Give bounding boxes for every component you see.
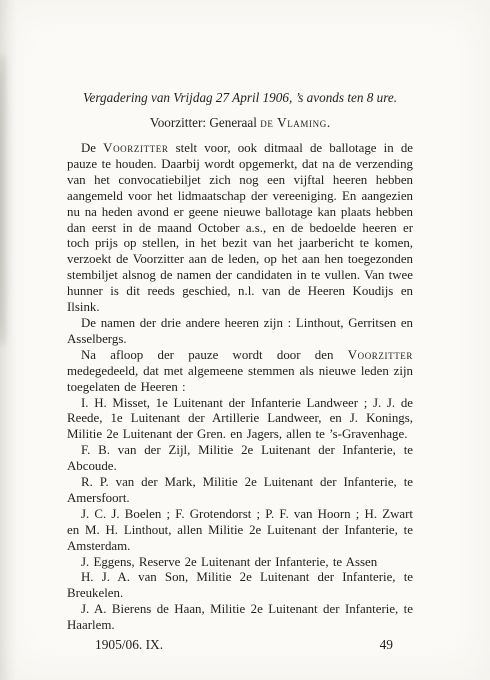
chairman-period: . — [327, 115, 330, 130]
paragraph-other-candidates: De namen der drie andere heeren zijn : L… — [67, 316, 413, 348]
smallcaps-voorzitter: Voorzitter — [103, 141, 168, 155]
chairman-name: de Vlaming — [260, 115, 327, 130]
paragraph-text: Na afloop der pauze wordt door den — [81, 348, 348, 362]
paragraph-members-gravenhage: I. H. Misset, 1e Luitenant der Infanteri… — [67, 396, 413, 444]
paragraph-member-assen: J. Eggens, Reserve 2e Luitenant der Infa… — [67, 555, 413, 571]
meeting-title: Vergadering van Vrijdag 27 April 1906, ’… — [67, 90, 413, 105]
paragraph-text: De — [81, 141, 103, 155]
chairman-label: Voorzitter: Generaal — [150, 115, 260, 130]
paragraph-member-haarlem: J. A. Bierens de Haan, Militie 2e Luiten… — [67, 602, 413, 634]
page-number: 49 — [380, 637, 393, 652]
paragraph-text: stelt voor, ook ditmaal de ballotage in … — [67, 141, 413, 314]
paragraph-member-amersfoort: R. P. van der Mark, Militie 2e Luitenant… — [67, 475, 413, 507]
scan-edge-smudge — [0, 55, 10, 345]
paragraph-admission-announcement: Na afloop der pauze wordt door den Voorz… — [67, 348, 413, 396]
paragraph-text: medegedeeld, dat met algemeene stemmen a… — [67, 364, 413, 394]
minutes-body: De Voorzitter stelt voor, ook ditmaal de… — [67, 141, 413, 634]
chairman-line: Voorzitter: Generaal de Vlaming. — [67, 115, 413, 130]
paragraph-member-breukelen: H. J. A. van Son, Militie 2e Luitenant d… — [67, 570, 413, 602]
paragraph-ballotage-proposal: De Voorzitter stelt voor, ook ditmaal de… — [67, 141, 413, 316]
paragraph-members-amsterdam: J. C. J. Boelen ; F. Grotendorst ; P. F.… — [67, 507, 413, 555]
volume-signature: 1905/06. IX. — [95, 637, 163, 652]
scan-edge-shadow — [0, 0, 16, 680]
paragraph-member-abcoude: F. B. van der Zijl, Militie 2e Luitenant… — [67, 443, 413, 475]
smallcaps-voorzitter: Voorzitter — [348, 348, 413, 362]
page-footer: 1905/06. IX. 49 — [67, 637, 413, 652]
scanned-page: Vergadering van Vrijdag 27 April 1906, ’… — [0, 0, 490, 680]
page-content: Vergadering van Vrijdag 27 April 1906, ’… — [67, 90, 413, 634]
